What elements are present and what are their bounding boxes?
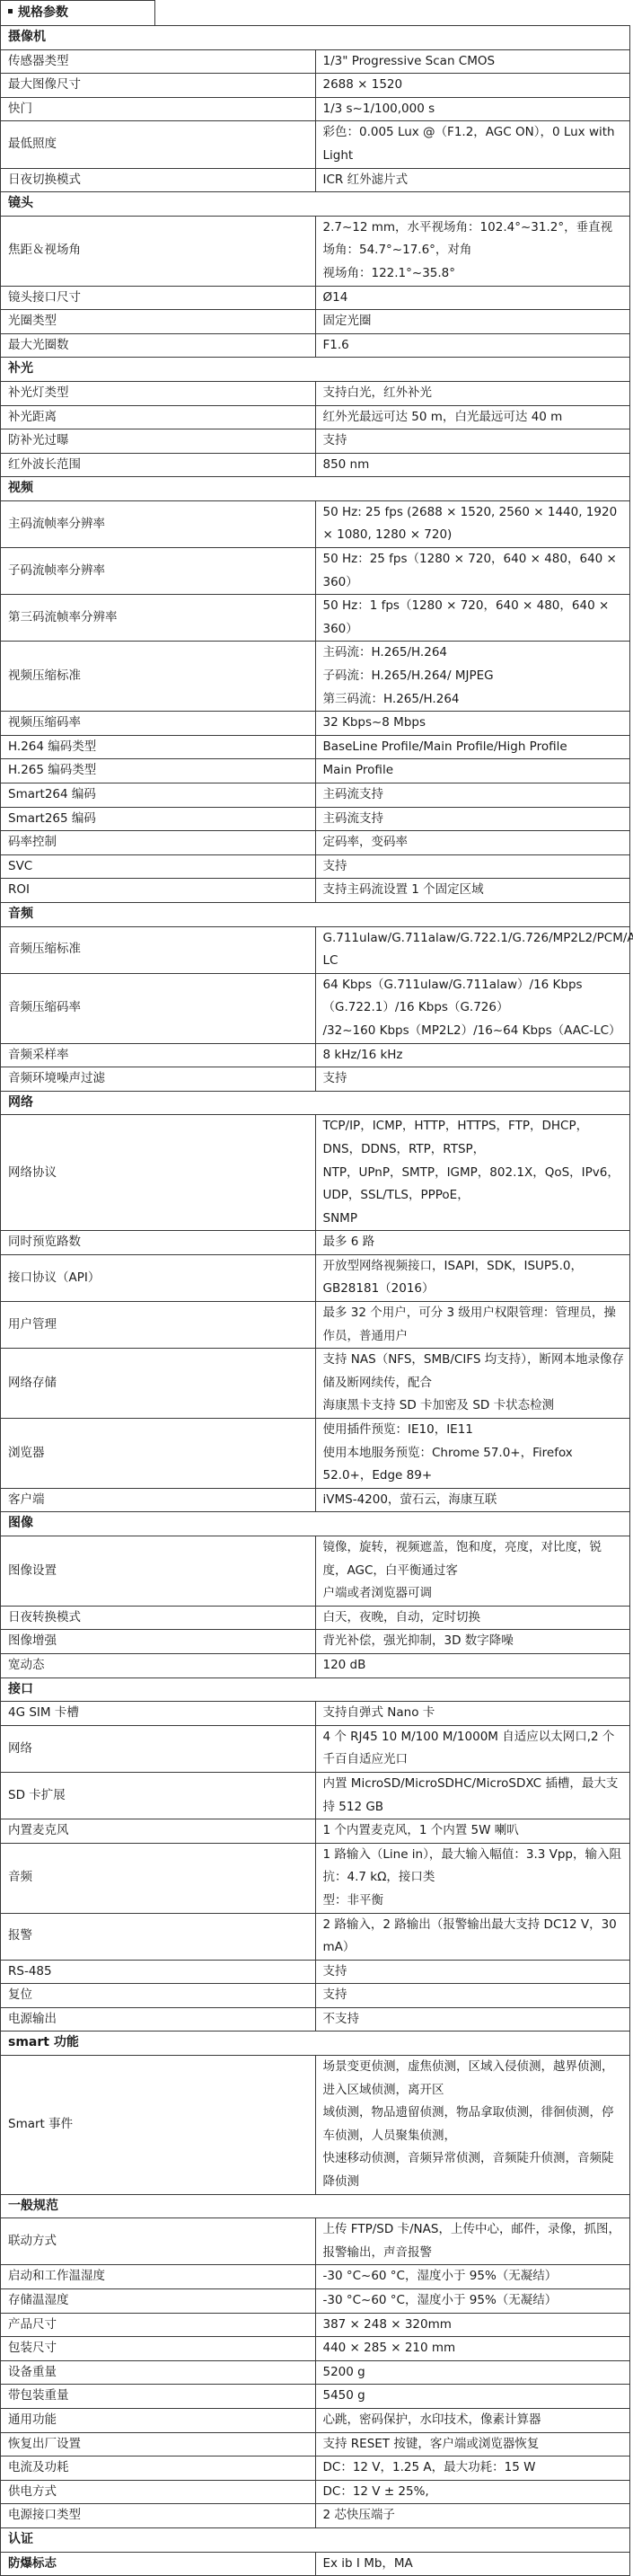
spec-row: ROI支持主码流设置 1 个固定区域 — [1, 879, 630, 903]
spec-row: 红外波长范围850 nm — [1, 453, 630, 477]
spec-value: 5450 g — [315, 2385, 630, 2409]
spec-value: 上传 FTP/SD 卡/NAS，上传中心，邮件，录像，抓图，报警输出，声音报警 — [315, 2218, 630, 2265]
title-row: 规格参数 — [0, 0, 633, 25]
spec-row: H.264 编码类型BaseLine Profile/Main Profile/… — [1, 735, 630, 759]
spec-value-line: 387 × 248 × 320mm — [323, 2314, 625, 2337]
spec-row: 子码流帧率分辨率50 Hz：25 fps（1280 × 720，640 × 48… — [1, 548, 630, 595]
spec-value: 主码流支持 — [315, 783, 630, 808]
spec-key: Smart264 编码 — [1, 783, 316, 808]
spec-row: 视频压缩标准主码流：H.265/H.264子码流：H.265/H.264/ MJ… — [1, 642, 630, 712]
spec-row: 电源接口类型2 芯快压端子 — [1, 2504, 630, 2528]
section-title: 接口 — [1, 1677, 630, 1702]
spec-row: 用户管理最多 32 个用户，可分 3 级用户权限管理：管理员，操作员，普通用户 — [1, 1302, 630, 1349]
spec-value: 8 kHz/16 kHz — [315, 1043, 630, 1067]
spec-row: 产品尺寸387 × 248 × 320mm — [1, 2313, 630, 2337]
spec-row: 网络存储支持 NAS（NFS，SMB/CIFS 均支持），断网本地录像存储及断网… — [1, 1349, 630, 1419]
spec-row: 图像增强背光补偿，强光抑制，3D 数字降噪 — [1, 1630, 630, 1654]
spec-value-line: 白天，夜晚，自动，定时切换 — [323, 1607, 625, 1630]
spec-row: 带包装重量5450 g — [1, 2385, 630, 2409]
spec-value: 50 Hz: 25 fps (2688 × 1520, 2560 × 1440,… — [315, 500, 630, 547]
spec-value-line: 主码流支持 — [323, 783, 625, 807]
spec-row: 联动方式上传 FTP/SD 卡/NAS，上传中心，邮件，录像，抓图，报警输出，声… — [1, 2218, 630, 2265]
spec-value: 镜像，旋转，视频遮盖，饱和度，亮度，对比度，锐度，AGC，白平衡通过客户端或者浏… — [315, 1536, 630, 1607]
spec-table-body: 摄像机传感器类型1/3" Progressive Scan CMOS最大图像尺寸… — [1, 26, 630, 2576]
spec-key: 包装尺寸 — [1, 2337, 316, 2361]
section-header-row: 图像 — [1, 1512, 630, 1536]
spec-row: 宽动态120 dB — [1, 1653, 630, 1677]
spec-key: 补光灯类型 — [1, 381, 316, 405]
spec-value: 定码率，变码率 — [315, 831, 630, 855]
spec-value-line: 2 路输入，2 路输出（报警输出最大支持 DC12 V，30 mA） — [323, 1914, 625, 1960]
spec-value-line: 不支持 — [323, 2008, 625, 2032]
spec-row: 补光距离红外光最远可达 50 m，白光最远可达 40 m — [1, 405, 630, 429]
spec-key: 用户管理 — [1, 1302, 316, 1349]
spec-key: 恢复出厂设置 — [1, 2432, 316, 2456]
spec-value-line: 固定光圈 — [323, 310, 625, 333]
spec-value-line: TCP/IP，ICMP，HTTP，HTTPS，FTP，DHCP，DNS，DDNS… — [323, 1115, 625, 1161]
spec-row: 音频压缩标准G.711ulaw/G.711alaw/G.722.1/G.726/… — [1, 926, 630, 973]
spec-value-line: 海康黑卡支持 SD 卡加密及 SD 卡状态检测 — [323, 1394, 625, 1418]
section-title: 补光 — [1, 358, 630, 382]
spec-key: 补光距离 — [1, 405, 316, 429]
spec-value: 2 路输入，2 路输出（报警输出最大支持 DC12 V，30 mA） — [315, 1913, 630, 1960]
spec-value-line: 主码流支持 — [323, 808, 625, 831]
spec-value-line: 850 nm — [323, 454, 625, 477]
section-header-row: 镜头 — [1, 192, 630, 217]
spec-key: 存储温湿度 — [1, 2289, 316, 2314]
spec-value-line: 2.7~12 mm，水平视场角：102.4°~31.2°，垂直视场角：54.7°… — [323, 217, 625, 262]
section-title: 认证 — [1, 2527, 630, 2552]
spec-value-line: DC：12 V ± 25%, — [323, 2481, 625, 2504]
spec-value-line: 子码流：H.265/H.264/ MJPEG — [323, 665, 625, 688]
spec-key: 电源接口类型 — [1, 2504, 316, 2528]
spec-value: 2 芯快压端子 — [315, 2504, 630, 2528]
spec-value-line: /32~160 Kbps（MP2L2）/16~64 Kbps（AAC-LC） — [323, 1020, 625, 1043]
spec-row: 4G SIM 卡槽支持自弹式 Nano 卡 — [1, 1702, 630, 1726]
spec-row: 图像设置镜像，旋转，视频遮盖，饱和度，亮度，对比度，锐度，AGC，白平衡通过客户… — [1, 1536, 630, 1607]
spec-row: 供电方式DC：12 V ± 25%, — [1, 2480, 630, 2504]
section-header-row: 网络 — [1, 1091, 630, 1115]
spec-value-line: 50 Hz: 25 fps (2688 × 1520, 2560 × 1440,… — [323, 501, 625, 547]
spec-value-line: 定码率，变码率 — [323, 831, 625, 854]
spec-value-line: 2688 × 1520 — [323, 74, 625, 97]
spec-value-line: 快速移动侦测，音频异常侦测，音频陡升侦测，音频陡降侦测 — [323, 2147, 625, 2193]
spec-row: 防爆标志Ex ib I Mb，MA — [1, 2552, 630, 2576]
spec-row: 启动和工作温湿度-30 °C~60 °C，湿度小于 95%（无凝结） — [1, 2265, 630, 2289]
spec-key: 音频环境噪声过滤 — [1, 1067, 316, 1092]
section-title: 镜头 — [1, 192, 630, 217]
spec-key: 带包装重量 — [1, 2385, 316, 2409]
section-title: smart 功能 — [1, 2032, 630, 2056]
spec-value-line: 4 个 RJ45 10 M/100 M/1000M 自适应以太网口,2 个千百自… — [323, 1726, 625, 1772]
spec-value-line: Ø14 — [323, 287, 625, 310]
spec-row: 最低照度彩色：0.005 Lux @（F1.2，AGC ON），0 Lux wi… — [1, 121, 630, 168]
spec-value-line: 彩色：0.005 Lux @（F1.2，AGC ON），0 Lux with L… — [323, 121, 625, 167]
section-header-row: 视频 — [1, 477, 630, 501]
spec-value: 支持 — [315, 429, 630, 454]
spec-key: 图像设置 — [1, 1536, 316, 1607]
spec-value: 32 Kbps~8 Mbps — [315, 712, 630, 736]
spec-row: 最大光圈数F1.6 — [1, 333, 630, 358]
spec-value: 支持 — [315, 854, 630, 879]
spec-value: 白天，夜晚，自动，定时切换 — [315, 1606, 630, 1630]
spec-value-line: 1/3 s~1/100,000 s — [323, 98, 625, 121]
spec-key: RS-485 — [1, 1960, 316, 1984]
spec-sheet: 规格参数 摄像机传感器类型1/3" Progressive Scan CMOS最… — [0, 0, 633, 2576]
spec-value: 支持 RESET 按键，客户端或浏览器恢复 — [315, 2432, 630, 2456]
spec-key: 防补光过曝 — [1, 429, 316, 454]
spec-value: 440 × 285 × 210 mm — [315, 2337, 630, 2361]
spec-value-line: NTP，UPnP，SMTP，IGMP，802.1X，QoS，IPv6，UDP，S… — [323, 1162, 625, 1208]
spec-value-line: 1 路输入（Line in），最大输入幅值：3.3 Vpp，输入阻抗：4.7 k… — [323, 1844, 625, 1890]
spec-value: G.711ulaw/G.711alaw/G.722.1/G.726/MP2L2/… — [315, 926, 630, 973]
spec-key: 镜头接口尺寸 — [1, 286, 316, 310]
spec-value: 固定光圈 — [315, 310, 630, 334]
spec-key: 报警 — [1, 1913, 316, 1960]
spec-row: 音频采样率8 kHz/16 kHz — [1, 1043, 630, 1067]
spec-value-line: 域侦测，物品遗留侦测，物品拿取侦测，徘徊侦测，停车侦测，人员聚集侦测， — [323, 2102, 625, 2147]
spec-value-line: 支持自弹式 Nano 卡 — [323, 1702, 625, 1725]
spec-key: SVC — [1, 854, 316, 879]
spec-title-cell: 规格参数 — [0, 0, 155, 25]
spec-value: 1/3 s~1/100,000 s — [315, 97, 630, 121]
spec-value-line: 支持 RESET 按键，客户端或浏览器恢复 — [323, 2433, 625, 2456]
spec-key: 焦距＆视场角 — [1, 216, 316, 286]
spec-value: 支持主码流设置 1 个固定区域 — [315, 879, 630, 903]
spec-value-line: 支持 — [323, 1067, 625, 1091]
spec-value: 红外光最远可达 50 m，白光最远可达 40 m — [315, 405, 630, 429]
spec-value-line: 背光补偿，强光抑制，3D 数字降噪 — [323, 1630, 625, 1653]
spec-value: 场景变更侦测，虚焦侦测，区域入侵侦测，越界侦测，进入区域侦测，离开区域侦测，物品… — [315, 2056, 630, 2195]
spec-value: 850 nm — [315, 453, 630, 477]
section-title: 摄像机 — [1, 26, 630, 50]
spec-row: 视频压缩码率32 Kbps~8 Mbps — [1, 712, 630, 736]
section-title: 音频 — [1, 902, 630, 926]
spec-key: 复位 — [1, 1984, 316, 2008]
spec-value-line: iVMS-4200，萤石云，海康互联 — [323, 1489, 625, 1512]
spec-key: 接口协议（API） — [1, 1254, 316, 1301]
spec-row: 接口协议（API）开放型网络视频接口，ISAPI，SDK，ISUP5.0，GB2… — [1, 1254, 630, 1301]
spec-value: 2688 × 1520 — [315, 74, 630, 98]
spec-key: 内置麦克风 — [1, 1819, 316, 1844]
spec-key: 音频采样率 — [1, 1043, 316, 1067]
spec-value-line: 镜像，旋转，视频遮盖，饱和度，亮度，对比度，锐度，AGC，白平衡通过客 — [323, 1536, 625, 1582]
spec-row: H.265 编码类型Main Profile — [1, 759, 630, 783]
spec-key: 防爆标志 — [1, 2552, 316, 2576]
spec-value-line: 红外光最远可达 50 m，白光最远可达 40 m — [323, 406, 625, 429]
spec-row: 报警2 路输入，2 路输出（报警输出最大支持 DC12 V，30 mA） — [1, 1913, 630, 1960]
spec-value-line: SNMP — [323, 1208, 625, 1231]
spec-key: 网络协议 — [1, 1115, 316, 1231]
spec-key: 第三码流帧率分辨率 — [1, 595, 316, 642]
spec-row: 焦距＆视场角2.7~12 mm，水平视场角：102.4°~31.2°，垂直视场角… — [1, 216, 630, 286]
spec-value: 支持 NAS（NFS，SMB/CIFS 均支持），断网本地录像存储及断网续传，配… — [315, 1349, 630, 1419]
spec-row: SD 卡扩展内置 MicroSD/MicroSDHC/MicroSDXC 插槽，… — [1, 1772, 630, 1819]
spec-row: 电源输出不支持 — [1, 2007, 630, 2032]
spec-key: 音频压缩标准 — [1, 926, 316, 973]
spec-value-line: 440 × 285 × 210 mm — [323, 2337, 625, 2360]
spec-value: 使用插件预览：IE10，IE11使用本地服务预览：Chrome 57.0+，Fi… — [315, 1419, 630, 1489]
spec-value-line: Main Profile — [323, 759, 625, 783]
spec-value: 最多 6 路 — [315, 1231, 630, 1255]
spec-key: 浏览器 — [1, 1419, 316, 1489]
spec-row: 日夜转换模式白天，夜晚，自动，定时切换 — [1, 1606, 630, 1630]
spec-row: Smart 事件场景变更侦测，虚焦侦测，区域入侵侦测，越界侦测，进入区域侦测，离… — [1, 2056, 630, 2195]
spec-key: 主码流帧率分辨率 — [1, 500, 316, 547]
spec-value: 开放型网络视频接口，ISAPI，SDK，ISUP5.0，GB28181（2016… — [315, 1254, 630, 1301]
spec-value: 心跳，密码保护，水印技术，像素计算器 — [315, 2408, 630, 2432]
spec-value-line: 使用本地服务预览：Chrome 57.0+，Firefox 52.0+，Edge… — [323, 1442, 625, 1488]
spec-value-line: DC：12 V，1.25 A，最大功耗：15 W — [323, 2456, 625, 2480]
spec-value: 1/3" Progressive Scan CMOS — [315, 49, 630, 74]
spec-value-line: 32 Kbps~8 Mbps — [323, 712, 625, 735]
spec-value: 1 个内置麦克风，1 个内置 5W 喇叭 — [315, 1819, 630, 1844]
section-title: 网络 — [1, 1091, 630, 1115]
spec-key: 宽动态 — [1, 1653, 316, 1677]
spec-key: 音频 — [1, 1843, 316, 1913]
spec-key: 客户端 — [1, 1488, 316, 1512]
spec-value: Main Profile — [315, 759, 630, 783]
spec-key: 电源输出 — [1, 2007, 316, 2032]
spec-value: 2.7~12 mm，水平视场角：102.4°~31.2°，垂直视场角：54.7°… — [315, 216, 630, 286]
spec-key: 设备重量 — [1, 2360, 316, 2385]
spec-value-line: 支持 — [323, 855, 625, 879]
spec-row: 网络协议TCP/IP，ICMP，HTTP，HTTPS，FTP，DHCP，DNS，… — [1, 1115, 630, 1231]
section-header-row: smart 功能 — [1, 2032, 630, 2056]
spec-row: 镜头接口尺寸Ø14 — [1, 286, 630, 310]
spec-value: 最多 32 个用户，可分 3 级用户权限管理：管理员，操作员，普通用户 — [315, 1302, 630, 1349]
spec-value-line: 64 Kbps（G.711ulaw/G.711alaw）/16 Kbps（G.7… — [323, 974, 625, 1020]
spec-value-line: 支持主码流设置 1 个固定区域 — [323, 879, 625, 902]
spec-key: 网络存储 — [1, 1349, 316, 1419]
spec-value: 5200 g — [315, 2360, 630, 2385]
spec-value: 内置 MicroSD/MicroSDHC/MicroSDXC 插槽，最大支持 5… — [315, 1772, 630, 1819]
spec-value-line: 户端或者浏览器可调 — [323, 1582, 625, 1606]
spec-key: 4G SIM 卡槽 — [1, 1702, 316, 1726]
spec-row: 设备重量5200 g — [1, 2360, 630, 2385]
spec-table: 摄像机传感器类型1/3" Progressive Scan CMOS最大图像尺寸… — [0, 25, 630, 2576]
spec-value-line: 主码流：H.265/H.264 — [323, 642, 625, 665]
spec-value: 主码流支持 — [315, 807, 630, 831]
spec-value: ICR 红外滤片式 — [315, 168, 630, 192]
spec-value: BaseLine Profile/Main Profile/High Profi… — [315, 735, 630, 759]
spec-value-line: -30 °C~60 °C，湿度小于 95%（无凝结） — [323, 2289, 625, 2313]
spec-row: 通用功能心跳，密码保护，水印技术，像素计算器 — [1, 2408, 630, 2432]
spec-row: 主码流帧率分辨率50 Hz: 25 fps (2688 × 1520, 2560… — [1, 500, 630, 547]
spec-value: iVMS-4200，萤石云，海康互联 — [315, 1488, 630, 1512]
spec-row: 包装尺寸440 × 285 × 210 mm — [1, 2337, 630, 2361]
spec-value: 彩色：0.005 Lux @（F1.2，AGC ON），0 Lux with L… — [315, 121, 630, 168]
spec-key: 同时预览路数 — [1, 1231, 316, 1255]
spec-value: -30 °C~60 °C，湿度小于 95%（无凝结） — [315, 2289, 630, 2314]
spec-row: 防补光过曝支持 — [1, 429, 630, 454]
spec-row: RS-485支持 — [1, 1960, 630, 1984]
spec-key: Smart 事件 — [1, 2056, 316, 2195]
spec-value-line: 使用插件预览：IE10，IE11 — [323, 1419, 625, 1442]
spec-key: 快门 — [1, 97, 316, 121]
spec-value-line: 支持 — [323, 429, 625, 453]
spec-key: SD 卡扩展 — [1, 1772, 316, 1819]
spec-key: 最低照度 — [1, 121, 316, 168]
spec-row: SVC支持 — [1, 854, 630, 879]
section-title: 视频 — [1, 477, 630, 501]
spec-key: 日夜转换模式 — [1, 1606, 316, 1630]
spec-value: 120 dB — [315, 1653, 630, 1677]
spec-value-line: ICR 红外滤片式 — [323, 169, 625, 192]
spec-value: 背光补偿，强光抑制，3D 数字降噪 — [315, 1630, 630, 1654]
spec-value-line: 上传 FTP/SD 卡/NAS，上传中心，邮件，录像，抓图，报警输出，声音报警 — [323, 2218, 625, 2264]
spec-row: 复位支持 — [1, 1984, 630, 2008]
spec-key: 网络 — [1, 1725, 316, 1772]
spec-value: 主码流：H.265/H.264子码流：H.265/H.264/ MJPEG第三码… — [315, 642, 630, 712]
spec-value-line: G.711ulaw/G.711alaw/G.722.1/G.726/MP2L2/… — [323, 927, 625, 973]
spec-row: 快门1/3 s~1/100,000 s — [1, 97, 630, 121]
spec-value-line: -30 °C~60 °C，湿度小于 95%（无凝结） — [323, 2265, 625, 2288]
spec-value: 64 Kbps（G.711ulaw/G.711alaw）/16 Kbps（G.7… — [315, 973, 630, 1043]
spec-value-line: 支持白光，红外补光 — [323, 382, 625, 405]
spec-row: 补光灯类型支持白光，红外补光 — [1, 381, 630, 405]
spec-row: 日夜切换模式ICR 红外滤片式 — [1, 168, 630, 192]
spec-value-line: 型：非平衡 — [323, 1890, 625, 1913]
spec-row: 存储温湿度-30 °C~60 °C，湿度小于 95%（无凝结） — [1, 2289, 630, 2314]
spec-value-line: 8 kHz/16 kHz — [323, 1044, 625, 1067]
spec-key: 电流及功耗 — [1, 2456, 316, 2481]
spec-value-line: 最多 32 个用户，可分 3 级用户权限管理：管理员，操作员，普通用户 — [323, 1302, 625, 1348]
spec-row: 电流及功耗DC：12 V，1.25 A，最大功耗：15 W — [1, 2456, 630, 2481]
spec-value-line: Ex ib I Mb，MA — [323, 2553, 625, 2576]
section-header-row: 认证 — [1, 2527, 630, 2552]
spec-key: 光圈类型 — [1, 310, 316, 334]
spec-key: H.264 编码类型 — [1, 735, 316, 759]
spec-value: 支持白光，红外补光 — [315, 381, 630, 405]
spec-value-line: BaseLine Profile/Main Profile/High Profi… — [323, 736, 625, 759]
spec-value-line: 5450 g — [323, 2385, 625, 2408]
spec-key: 最大光圈数 — [1, 333, 316, 358]
spec-key: 供电方式 — [1, 2480, 316, 2504]
spec-key: 产品尺寸 — [1, 2313, 316, 2337]
spec-value-line: 支持 — [323, 1984, 625, 2007]
spec-value: F1.6 — [315, 333, 630, 358]
spec-row: 网络4 个 RJ45 10 M/100 M/1000M 自适应以太网口,2 个千… — [1, 1725, 630, 1772]
spec-value: 支持 — [315, 1960, 630, 1984]
spec-value: TCP/IP，ICMP，HTTP，HTTPS，FTP，DHCP，DNS，DDNS… — [315, 1115, 630, 1231]
spec-key: Smart265 编码 — [1, 807, 316, 831]
spec-value: 50 Hz：1 fps（1280 × 720，640 × 480，640 × 3… — [315, 595, 630, 642]
spec-key: 传感器类型 — [1, 49, 316, 74]
spec-key: 启动和工作温湿度 — [1, 2265, 316, 2289]
spec-row: 客户端iVMS-4200，萤石云，海康互联 — [1, 1488, 630, 1512]
spec-key: 日夜切换模式 — [1, 168, 316, 192]
spec-row: 第三码流帧率分辨率50 Hz：1 fps（1280 × 720，640 × 48… — [1, 595, 630, 642]
spec-row: Smart265 编码主码流支持 — [1, 807, 630, 831]
spec-key: 子码流帧率分辨率 — [1, 548, 316, 595]
section-header-row: 一般规范 — [1, 2194, 630, 2218]
spec-value: Ex ib I Mb，MA — [315, 2552, 630, 2576]
spec-value-line: 视场角：122.1°~35.8° — [323, 262, 625, 286]
spec-key: H.265 编码类型 — [1, 759, 316, 783]
section-title: 一般规范 — [1, 2194, 630, 2218]
section-title: 图像 — [1, 1512, 630, 1536]
spec-value-line: 1/3" Progressive Scan CMOS — [323, 50, 625, 74]
spec-key: 最大图像尺寸 — [1, 74, 316, 98]
spec-value: 支持 — [315, 1984, 630, 2008]
spec-value-line: 第三码流：H.265/H.264 — [323, 688, 625, 712]
spec-row: 同时预览路数最多 6 路 — [1, 1231, 630, 1255]
spec-key: 视频压缩标准 — [1, 642, 316, 712]
section-header-row: 接口 — [1, 1677, 630, 1702]
spec-row: 内置麦克风1 个内置麦克风，1 个内置 5W 喇叭 — [1, 1819, 630, 1844]
spec-value-line: 支持 NAS（NFS，SMB/CIFS 均支持），断网本地录像存储及断网续传，配… — [323, 1349, 625, 1394]
spec-value-line: 1 个内置麦克风，1 个内置 5W 喇叭 — [323, 1819, 625, 1843]
spec-value: 387 × 248 × 320mm — [315, 2313, 630, 2337]
section-header-row: 音频 — [1, 902, 630, 926]
square-bullet-icon — [8, 9, 13, 13]
spec-value-line: 120 dB — [323, 1654, 625, 1677]
spec-value: 1 路输入（Line in），最大输入幅值：3.3 Vpp，输入阻抗：4.7 k… — [315, 1843, 630, 1913]
spec-value: 不支持 — [315, 2007, 630, 2032]
spec-value: 支持自弹式 Nano 卡 — [315, 1702, 630, 1726]
spec-value-line: 50 Hz：25 fps（1280 × 720，640 × 480，640 × … — [323, 548, 625, 594]
spec-key: ROI — [1, 879, 316, 903]
spec-value: Ø14 — [315, 286, 630, 310]
spec-key: 联动方式 — [1, 2218, 316, 2265]
spec-value-line: 2 芯快压端子 — [323, 2504, 625, 2527]
spec-key: 红外波长范围 — [1, 453, 316, 477]
spec-value-line: 内置 MicroSD/MicroSDHC/MicroSDXC 插槽，最大支持 5… — [323, 1773, 625, 1819]
spec-value-line: 心跳，密码保护，水印技术，像素计算器 — [323, 2409, 625, 2432]
spec-row: 浏览器使用插件预览：IE10，IE11使用本地服务预览：Chrome 57.0+… — [1, 1419, 630, 1489]
spec-row: 音频1 路输入（Line in），最大输入幅值：3.3 Vpp，输入阻抗：4.7… — [1, 1843, 630, 1913]
spec-key: 视频压缩码率 — [1, 712, 316, 736]
spec-key: 通用功能 — [1, 2408, 316, 2432]
spec-row: 最大图像尺寸2688 × 1520 — [1, 74, 630, 98]
spec-title: 规格参数 — [18, 5, 68, 20]
spec-row: 音频压缩码率64 Kbps（G.711ulaw/G.711alaw）/16 Kb… — [1, 973, 630, 1043]
spec-value: -30 °C~60 °C，湿度小于 95%（无凝结） — [315, 2265, 630, 2289]
spec-value-line: 5200 g — [323, 2361, 625, 2385]
spec-value-line: 支持 — [323, 1961, 625, 1984]
spec-row: Smart264 编码主码流支持 — [1, 783, 630, 808]
spec-value: 50 Hz：25 fps（1280 × 720，640 × 480，640 × … — [315, 548, 630, 595]
spec-value-line: 场景变更侦测，虚焦侦测，区域入侵侦测，越界侦测，进入区域侦测，离开区 — [323, 2056, 625, 2102]
spec-value: DC：12 V ± 25%, — [315, 2480, 630, 2504]
spec-value-line: 50 Hz：1 fps（1280 × 720，640 × 480，640 × 3… — [323, 595, 625, 641]
spec-row: 光圈类型固定光圈 — [1, 310, 630, 334]
section-header-row: 补光 — [1, 358, 630, 382]
spec-value-line: F1.6 — [323, 334, 625, 358]
spec-key: 音频压缩码率 — [1, 973, 316, 1043]
spec-key: 码率控制 — [1, 831, 316, 855]
spec-value: 支持 — [315, 1067, 630, 1092]
spec-row: 音频环境噪声过滤支持 — [1, 1067, 630, 1092]
spec-value: DC：12 V，1.25 A，最大功耗：15 W — [315, 2456, 630, 2481]
spec-value-line: 开放型网络视频接口，ISAPI，SDK，ISUP5.0，GB28181（2016… — [323, 1255, 625, 1301]
spec-row: 码率控制定码率，变码率 — [1, 831, 630, 855]
spec-row: 传感器类型1/3" Progressive Scan CMOS — [1, 49, 630, 74]
spec-value-line: 最多 6 路 — [323, 1231, 625, 1254]
spec-key: 图像增强 — [1, 1630, 316, 1654]
spec-value: 4 个 RJ45 10 M/100 M/1000M 自适应以太网口,2 个千百自… — [315, 1725, 630, 1772]
section-header-row: 摄像机 — [1, 26, 630, 50]
spec-row: 恢复出厂设置支持 RESET 按键，客户端或浏览器恢复 — [1, 2432, 630, 2456]
